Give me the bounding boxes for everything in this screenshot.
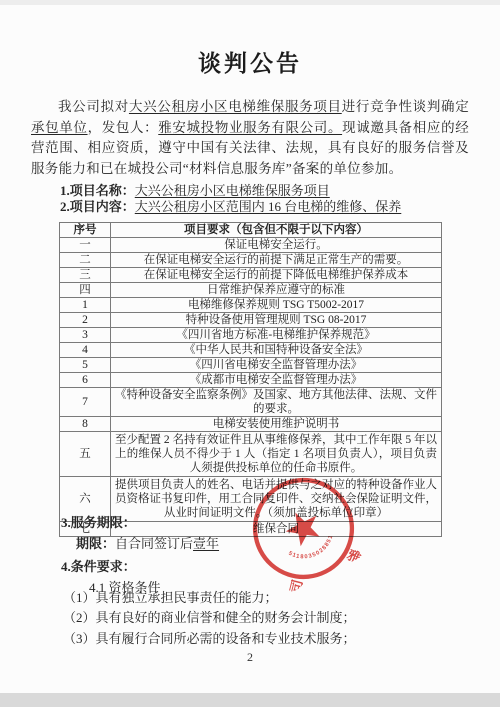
- row-index-cell: 1: [60, 298, 111, 313]
- table-header-row: 序号 项目要求（包含但不限于以下内容）: [60, 223, 442, 238]
- row-index-cell: 2: [60, 313, 111, 328]
- table-row: 二在保证电梯安全运行的前提下满足正常生产的需要。: [60, 253, 442, 268]
- period-prefix: 自合同签订后: [115, 536, 193, 551]
- stamp-star-icon: [280, 505, 325, 550]
- requirement-cell: 《特种设备安全监察条例》及国家、地方其他法律、法规、文件的要求。: [111, 388, 442, 417]
- table-row: 5《四川省电梯安全监督管理办法》: [60, 358, 442, 373]
- document-page: 谈判公告 我公司拟对大兴公租房小区电梯维保服务项目进行竞争性谈判确定承包单位，发…: [0, 0, 500, 707]
- table-row: 1电梯维修保养规则 TSG T5002-2017: [60, 298, 442, 313]
- page-number: 2: [0, 650, 500, 665]
- project-content-value: 大兴公租房小区范围内 16 台电梯的维修、保养: [135, 199, 402, 214]
- service-period-heading: 3.服务期限：: [61, 512, 136, 531]
- text-segment: 承包单位: [31, 120, 88, 135]
- qualification-list: （1）具有独立承担民事责任的能力；（2）具有良好的商业信誉和健全的财务会计制度；…: [63, 591, 356, 652]
- text-segment: 大兴公租房小区电梯维保服务项目: [129, 99, 342, 114]
- document-title: 谈判公告: [0, 45, 500, 78]
- row-index-cell: 四: [60, 283, 111, 298]
- intro-paragraph: 我公司拟对大兴公租房小区电梯维保服务项目进行竞争性谈判确定承包单位，发包人：雅安…: [31, 97, 469, 179]
- row-index-cell: 一: [60, 238, 111, 253]
- period-label: 期限：: [76, 536, 115, 551]
- table-row: 4《中华人民共和国特种设备安全法》: [60, 343, 442, 358]
- project-content-label: 2.项目内容：: [60, 199, 135, 214]
- scan-edge-top: [0, 0, 500, 5]
- table-row: 7《特种设备安全监察条例》及国家、地方其他法律、法规、文件的要求。: [60, 388, 442, 417]
- row-index-cell: 五: [60, 432, 111, 477]
- requirement-cell: 《四川省地方标准-电梯维护保养规范》: [111, 328, 442, 343]
- row-index-cell: 4: [60, 343, 111, 358]
- requirement-cell: 至少配置 2 名持有效证件且从事维修保养，其中工作年限 5 年以上的维保人员不得…: [111, 432, 442, 477]
- project-content-line: 2.项目内容：大兴公租房小区范围内 16 台电梯的维修、保养: [60, 199, 401, 215]
- requirement-cell: 《中华人民共和国特种设备安全法》: [111, 343, 442, 358]
- text-segment: 我公司拟对: [58, 99, 129, 114]
- requirement-cell: 在保证电梯安全运行的前提下降低电梯维护保养成本: [111, 268, 442, 283]
- row-index-cell: 三: [60, 268, 111, 283]
- period-value: 壹年: [193, 536, 219, 551]
- row-index-cell: 8: [60, 417, 111, 432]
- row-index-cell: 3: [60, 328, 111, 343]
- row-index-cell: 二: [60, 253, 111, 268]
- table-row: 6《成都市电梯安全监督管理办法》: [60, 373, 442, 388]
- requirement-cell: 特种设备使用管理规则 TSG 08-2017: [111, 313, 442, 328]
- table-row: 五至少配置 2 名持有效证件且从事维修保养，其中工作年限 5 年以上的维保人员不…: [60, 432, 442, 477]
- table-row: 三在保证电梯安全运行的前提下降低电梯维护保养成本: [60, 268, 442, 283]
- conditions-heading: 4.条件要求：: [61, 556, 136, 575]
- requirement-cell: 电梯维修保养规则 TSG T5002-2017: [111, 298, 442, 313]
- service-period-line: 期限：自合同签订后壹年: [76, 533, 219, 552]
- text-segment: ，发包人：: [88, 120, 159, 135]
- row-index-cell: 7: [60, 388, 111, 417]
- requirement-cell: 在保证电梯安全运行的前提下满足正常生产的需要。: [111, 253, 442, 268]
- requirement-cell: 日常维护保养应遵守的标准: [111, 283, 442, 298]
- row-index-cell: 5: [60, 358, 111, 373]
- row-index-cell: 6: [60, 373, 111, 388]
- requirement-cell: 《四川省电梯安全监督管理办法》: [111, 358, 442, 373]
- requirement-cell: 电梯安装使用维护说明书: [111, 417, 442, 432]
- header-cell-requirement: 项目要求（包含但不限于以下内容）: [111, 223, 442, 238]
- table-body: 一保证电梯安全运行。二在保证电梯安全运行的前提下满足正常生产的需要。三在保证电梯…: [60, 238, 442, 537]
- project-name-line: 1.项目名称：大兴公租房小区电梯维保服务项目: [60, 183, 330, 199]
- header-cell-no: 序号: [60, 223, 111, 238]
- scan-edge-bottom: [0, 693, 500, 707]
- requirements-table: 序号 项目要求（包含但不限于以下内容） 一保证电梯安全运行。二在保证电梯安全运行…: [59, 222, 442, 537]
- qualification-item: （3）具有履行合同所必需的设备和专业技术服务；: [63, 632, 356, 646]
- table-row: 8电梯安装使用维护说明书: [60, 417, 442, 432]
- qualification-item: （1）具有独立承担民事责任的能力；: [63, 591, 356, 605]
- text-segment: 雅安城投物业服务有限公司。: [158, 120, 342, 135]
- qualification-item: （2）具有良好的商业信誉和健全的财务会计制度；: [63, 611, 356, 625]
- table-row: 2特种设备使用管理规则 TSG 08-2017: [60, 313, 442, 328]
- requirement-cell: 保证电梯安全运行。: [111, 238, 442, 253]
- project-name-value: 大兴公租房小区电梯维保服务项目: [135, 183, 330, 198]
- text-segment: 进行竞争性谈判确定: [342, 99, 469, 114]
- project-name-label: 1.项目名称：: [60, 183, 135, 198]
- table-row: 3《四川省地方标准-电梯维护保养规范》: [60, 328, 442, 343]
- table-row: 四日常维护保养应遵守的标准: [60, 283, 442, 298]
- requirement-cell: 《成都市电梯安全监督管理办法》: [111, 373, 442, 388]
- table-row: 一保证电梯安全运行。: [60, 238, 442, 253]
